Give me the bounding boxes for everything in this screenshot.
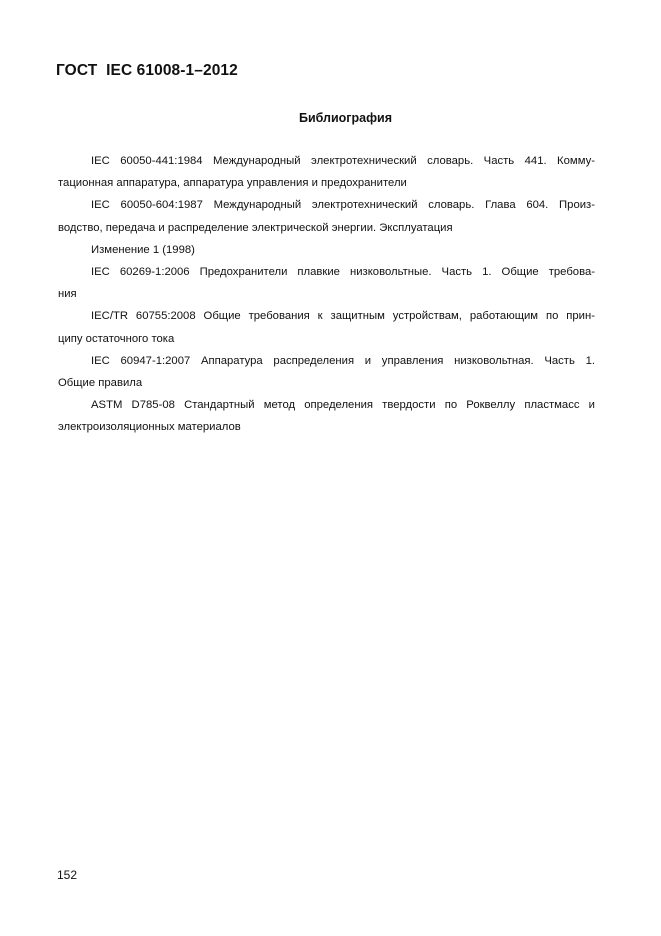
document-header: ГОСТ IEC 61008-1–2012	[56, 62, 238, 80]
section-title: Библиография	[0, 111, 661, 125]
bibliography-entry: IEC 60947-1:2007 Аппаратура распределени…	[58, 350, 595, 394]
entry-line: IEC 60050-441:1984 Международный электро…	[58, 150, 595, 172]
page-number: 152	[57, 868, 77, 882]
entry-line: IEC 60947-1:2007 Аппаратура распределени…	[58, 350, 595, 372]
entry-line: IEC 60050-604:1987 Международный электро…	[58, 194, 595, 216]
bibliography-entry: IEC 60050-604:1987 Международный электро…	[58, 194, 595, 238]
entry-line: электроизоляционных материалов	[58, 416, 595, 438]
bibliography-list: IEC 60050-441:1984 Международный электро…	[58, 150, 595, 438]
bibliography-entry: IEC 60269-1:2006 Предохранители плавкие …	[58, 261, 595, 305]
entry-line: IEC 60269-1:2006 Предохранители плавкие …	[58, 261, 595, 283]
entry-line: тационная аппаратура, аппаратура управле…	[58, 172, 595, 194]
entry-line: ния	[58, 283, 595, 305]
entry-line: ASTM D785-08 Стандартный метод определен…	[58, 394, 595, 416]
entry-line: ципу остаточного тока	[58, 328, 595, 350]
entry-line: IEC/TR 60755:2008 Общие требования к защ…	[58, 305, 595, 327]
entry-line: Общие правила	[58, 372, 595, 394]
bibliography-entry: Изменение 1 (1998)	[58, 239, 595, 261]
entry-line: Изменение 1 (1998)	[58, 239, 595, 261]
bibliography-entry: IEC/TR 60755:2008 Общие требования к защ…	[58, 305, 595, 349]
bibliography-entry: IEC 60050-441:1984 Международный электро…	[58, 150, 595, 194]
entry-line: водство, передача и распределение электр…	[58, 217, 595, 239]
bibliography-entry: ASTM D785-08 Стандартный метод определен…	[58, 394, 595, 438]
